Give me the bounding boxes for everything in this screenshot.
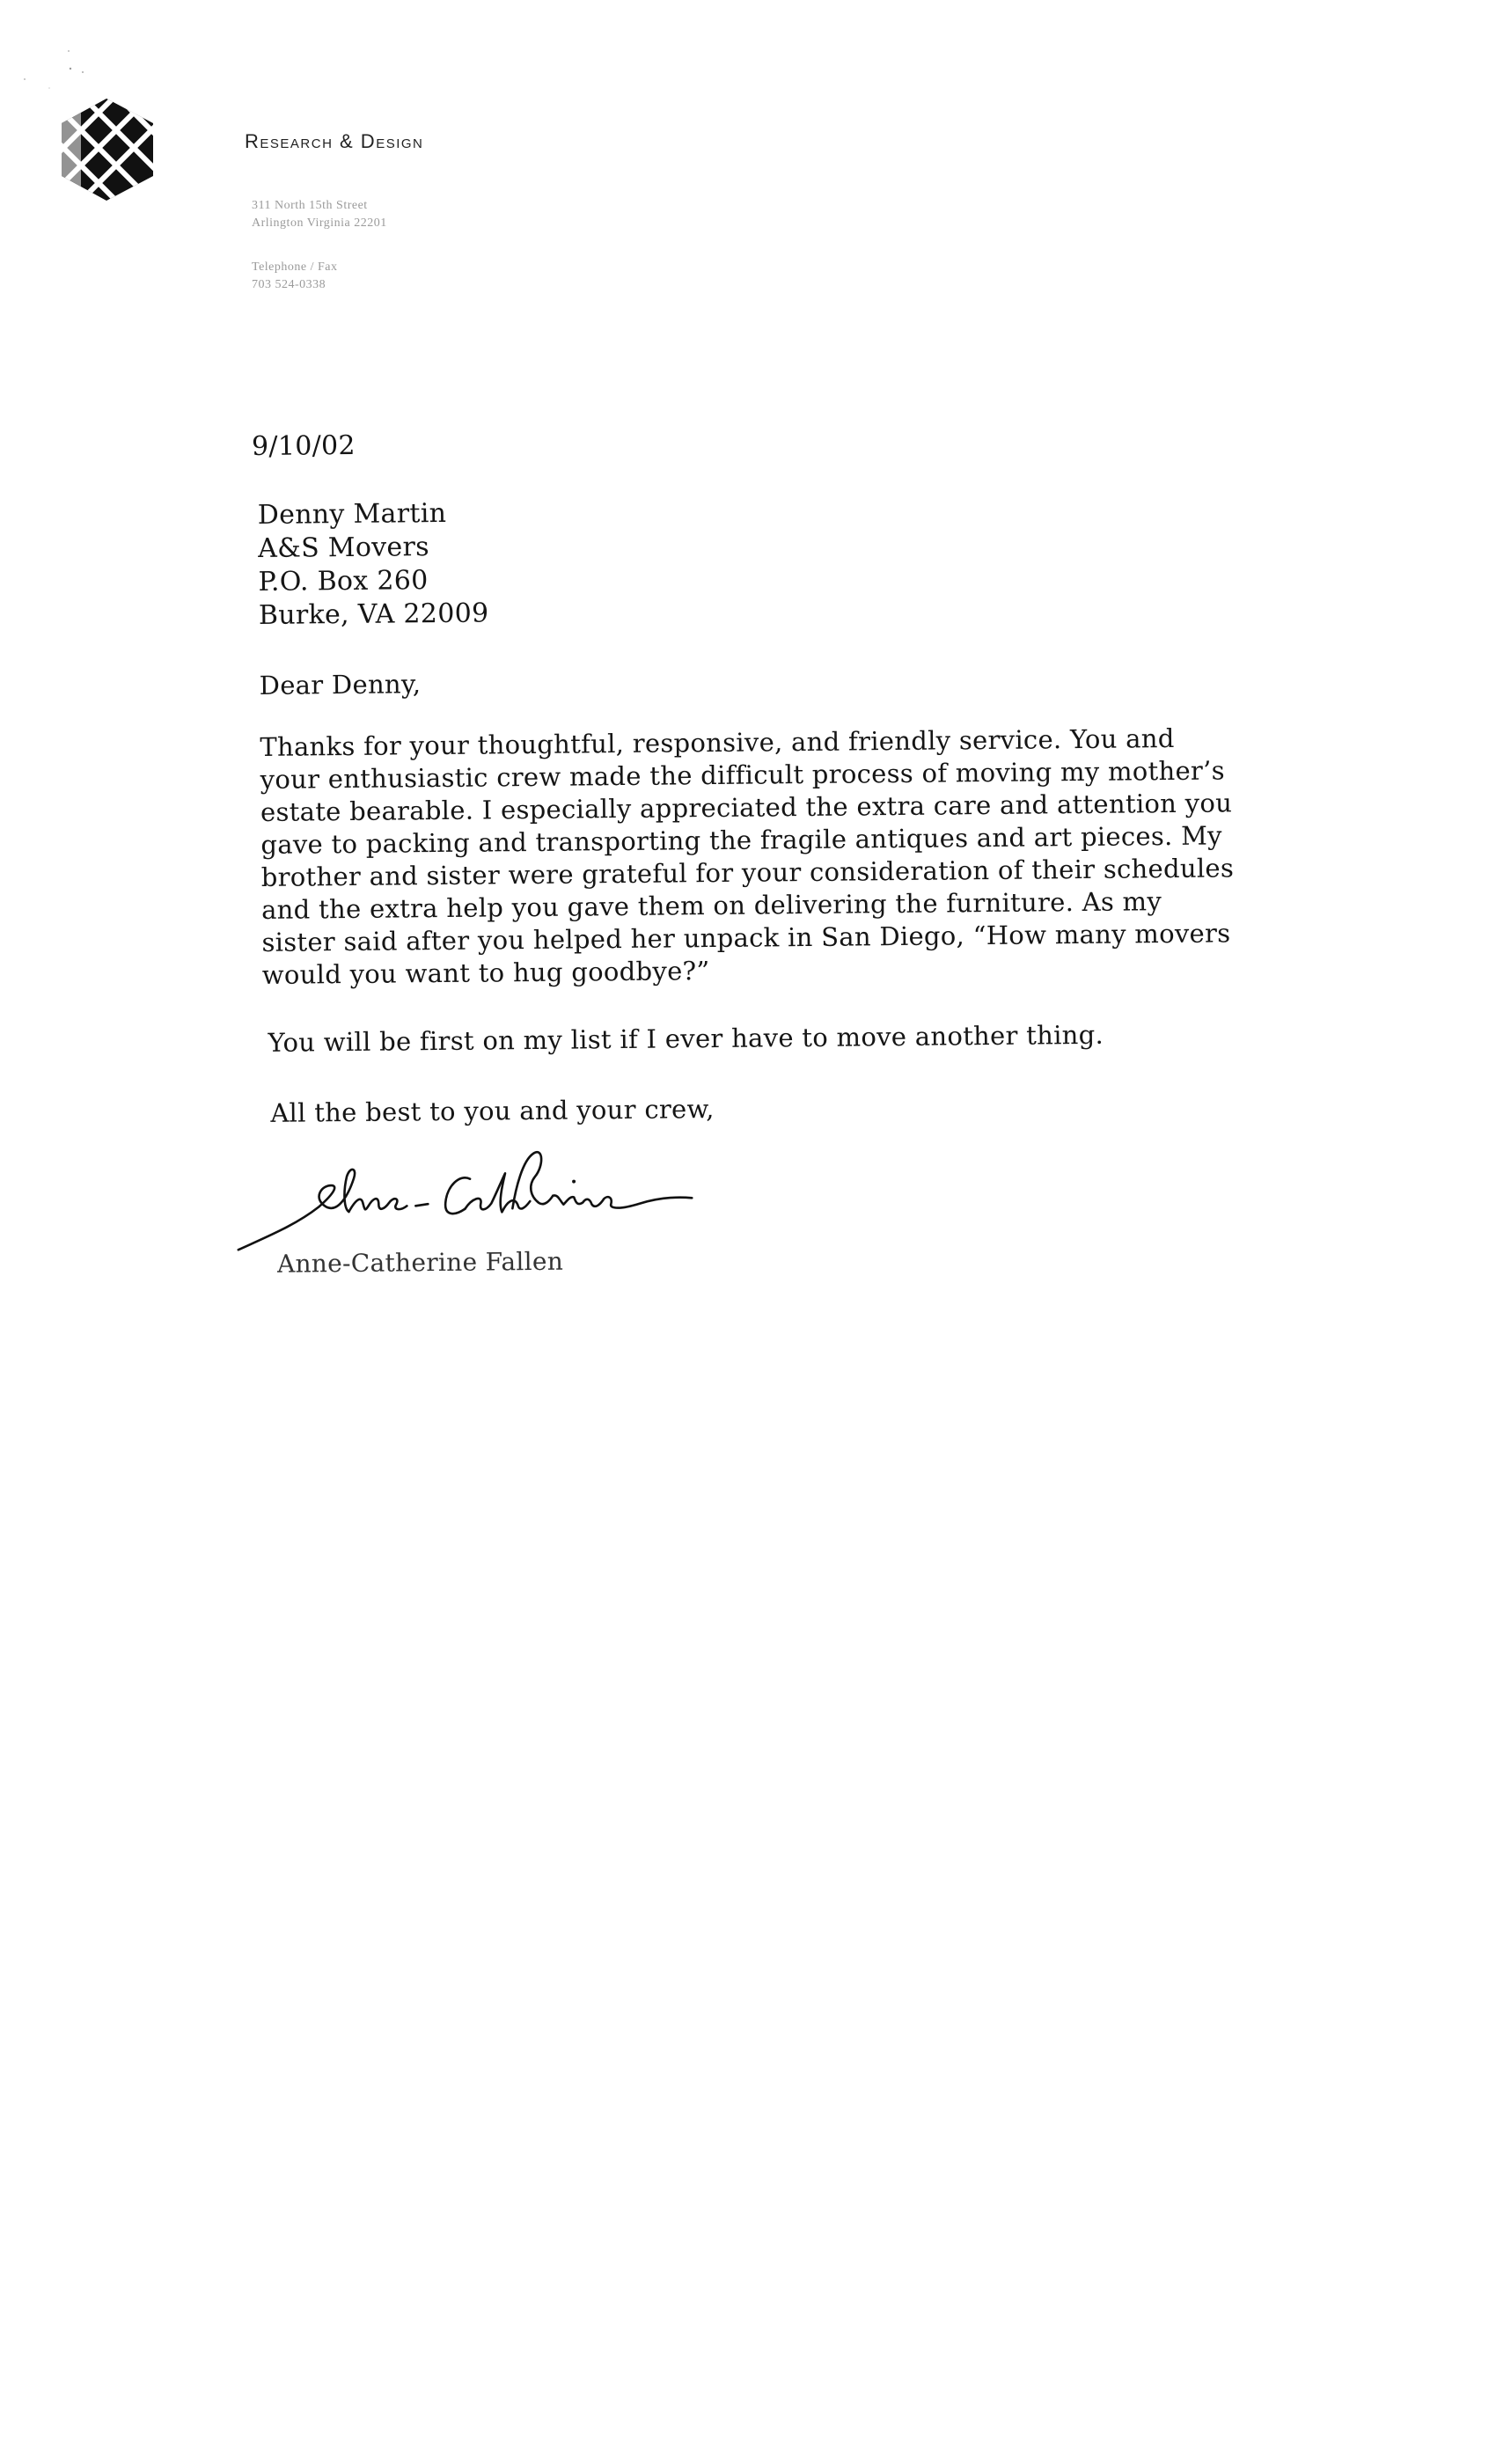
body-paragraph-2: You will be first on my list if I ever h… bbox=[268, 1020, 1104, 1058]
closing: All the best to you and your crew, bbox=[270, 1094, 715, 1128]
recipient-company: A&S Movers bbox=[258, 532, 429, 564]
letter-date: 9/10/02 bbox=[252, 430, 356, 462]
body-line: and the extra help you gave them on deli… bbox=[261, 886, 1162, 925]
letter-body: 9/10/02 Denny Martin A&S Movers P.O. Box… bbox=[0, 0, 1496, 1323]
signature-icon bbox=[234, 1133, 728, 1251]
body-line: sister said after you helped her unpack … bbox=[261, 918, 1230, 957]
letter-page: Research & Design 311 North 15th Street … bbox=[0, 0, 1496, 2464]
recipient-address-line-1: P.O. Box 260 bbox=[258, 565, 428, 598]
recipient-name: Denny Martin bbox=[258, 498, 447, 531]
salutation: Dear Denny, bbox=[260, 669, 422, 700]
printed-signer-name: Anne-Catherine Fallen bbox=[277, 1247, 563, 1279]
body-line: Thanks for your thoughtful, responsive, … bbox=[260, 723, 1175, 762]
recipient-address-line-2: Burke, VA 22009 bbox=[259, 598, 489, 631]
body-line: would you want to hug goodbye?” bbox=[262, 956, 710, 990]
